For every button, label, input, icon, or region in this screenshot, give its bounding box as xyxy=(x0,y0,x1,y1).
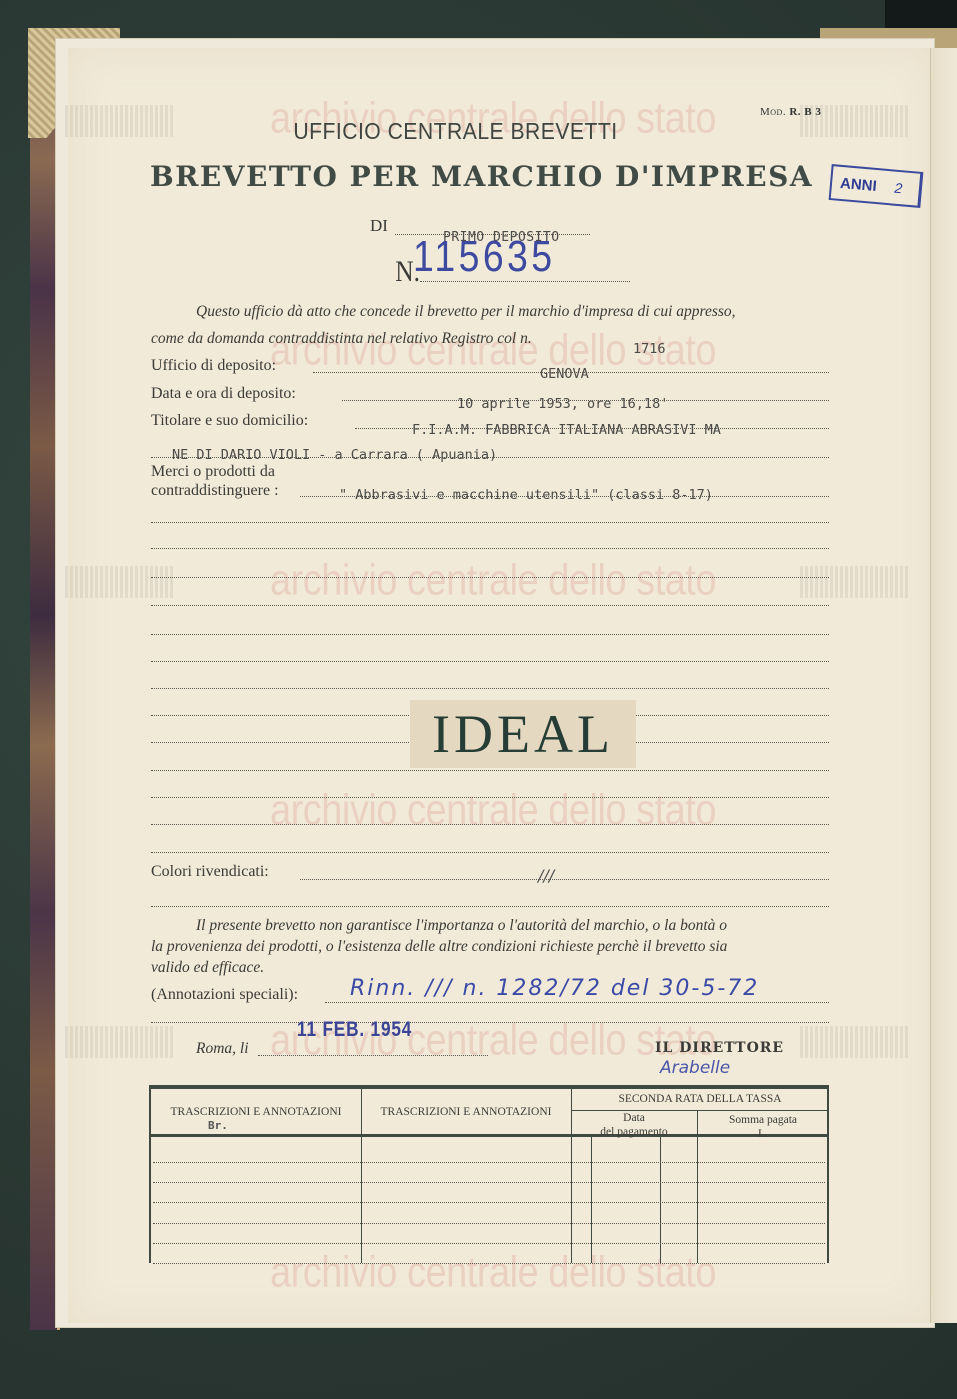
column-divider xyxy=(591,1137,592,1263)
table-row xyxy=(153,1202,825,1203)
director-signature: Arabelle xyxy=(660,1058,730,1078)
patent-title: BREVETTO PER MARCHIO D'IMPRESA xyxy=(150,160,813,193)
blank-line xyxy=(151,770,829,771)
blank-line xyxy=(151,548,829,549)
blank-line xyxy=(151,688,829,689)
ufficio-value: GENOVA xyxy=(540,366,589,382)
titolare-value-2: NE DI DARIO VIOLI - a Carrara ( Apuania) xyxy=(172,447,497,463)
colors-value: /// xyxy=(538,866,554,885)
blank-line xyxy=(151,906,829,907)
col3-header: Data del pagamento xyxy=(571,1112,697,1140)
blank-line xyxy=(151,824,829,825)
disclaimer-line-3: valido ed efficace. xyxy=(151,959,264,977)
titolare-value-1: F.I.A.M. FABBRICA ITALIANA ABRASIVI MA xyxy=(412,422,721,438)
blank-line xyxy=(151,577,829,578)
col2-header: TRASCRIZIONI E ANNOTAZIONI xyxy=(361,1106,571,1120)
annotations-label: (Annotazioni speciali): xyxy=(151,986,298,1004)
intro-line-2: come da domanda contraddistinta nel rela… xyxy=(151,330,532,348)
register-number: 1716 xyxy=(633,341,666,357)
watermark-barcode xyxy=(65,566,175,598)
merci-value: " Abbrasivi e macchine utensili" (classi… xyxy=(339,487,713,503)
disclaimer-line-2: la provenienza dei prodotti, o l'esisten… xyxy=(151,938,727,956)
watermark: archivio centrale dello stato xyxy=(270,557,740,606)
watermark-barcode xyxy=(800,566,910,598)
watermark: archivio centrale dello stato xyxy=(270,787,740,836)
director-label: IL DIRETTORE xyxy=(655,1040,784,1056)
group-divider xyxy=(571,1110,827,1111)
group-header: SECONDA RATA DELLA TASSA xyxy=(571,1093,829,1107)
table-row xyxy=(153,1162,825,1163)
colors-line xyxy=(300,879,829,880)
col1-header: TRASCRIZIONI E ANNOTAZIONI xyxy=(151,1106,361,1120)
disclaimer-line-1: Il presente brevetto non garantisce l'im… xyxy=(196,917,727,935)
col4-header: Somma pagata L. xyxy=(697,1114,829,1142)
intro-line-1: Questo ufficio dà atto che concede il br… xyxy=(196,303,736,321)
column-divider xyxy=(660,1137,661,1263)
data-value: 10 aprile 1953, ore 16,18' xyxy=(457,396,668,412)
office-title: UFFICIO CENTRALE BREVETTI xyxy=(38,118,918,145)
di-label: DI xyxy=(370,216,388,236)
merci-label-2: contraddistinguere : xyxy=(151,482,279,500)
watermark-barcode xyxy=(65,1026,175,1058)
place-label: Roma, li xyxy=(196,1040,249,1058)
blank-line xyxy=(151,522,829,523)
blank-line xyxy=(151,852,829,853)
column-divider xyxy=(697,1137,698,1263)
annotations-handwritten: Rinn. /// n. 1282/72 del 30-5-72 xyxy=(350,976,759,1001)
register-table: TRASCRIZIONI E ANNOTAZIONI Br. TRASCRIZI… xyxy=(149,1087,829,1263)
page-fold xyxy=(930,48,957,1323)
binder-shadow xyxy=(885,0,957,30)
table-row xyxy=(153,1243,825,1244)
blank-line xyxy=(151,1022,829,1023)
table-row xyxy=(153,1182,825,1183)
colors-label: Colori rivendicati: xyxy=(151,863,269,881)
data-label: Data e ora di deposito: xyxy=(151,385,296,403)
blank-line xyxy=(151,605,829,606)
date-line xyxy=(258,1055,488,1056)
watermark-barcode xyxy=(800,1026,910,1058)
date-stamp: 11 FEB. 1954 xyxy=(297,1018,412,1042)
merci-label-1: Merci o prodotti da xyxy=(151,463,275,481)
table-row xyxy=(153,1223,825,1224)
annotations-line xyxy=(325,1002,829,1003)
model-code: Mod. R. B 3 xyxy=(760,106,821,118)
blank-line xyxy=(151,634,829,635)
ufficio-label: Ufficio di deposito: xyxy=(151,357,276,375)
trademark-clipping: IDEAL xyxy=(410,700,636,768)
titolare-label: Titolare e suo domicilio: xyxy=(151,412,308,430)
table-row xyxy=(153,1263,825,1264)
patent-number: 115635 xyxy=(413,232,555,282)
typed-mark: Br. xyxy=(208,1119,228,1132)
trademark-text: IDEAL xyxy=(432,703,614,765)
blank-line xyxy=(151,661,829,662)
blank-line xyxy=(151,797,829,798)
